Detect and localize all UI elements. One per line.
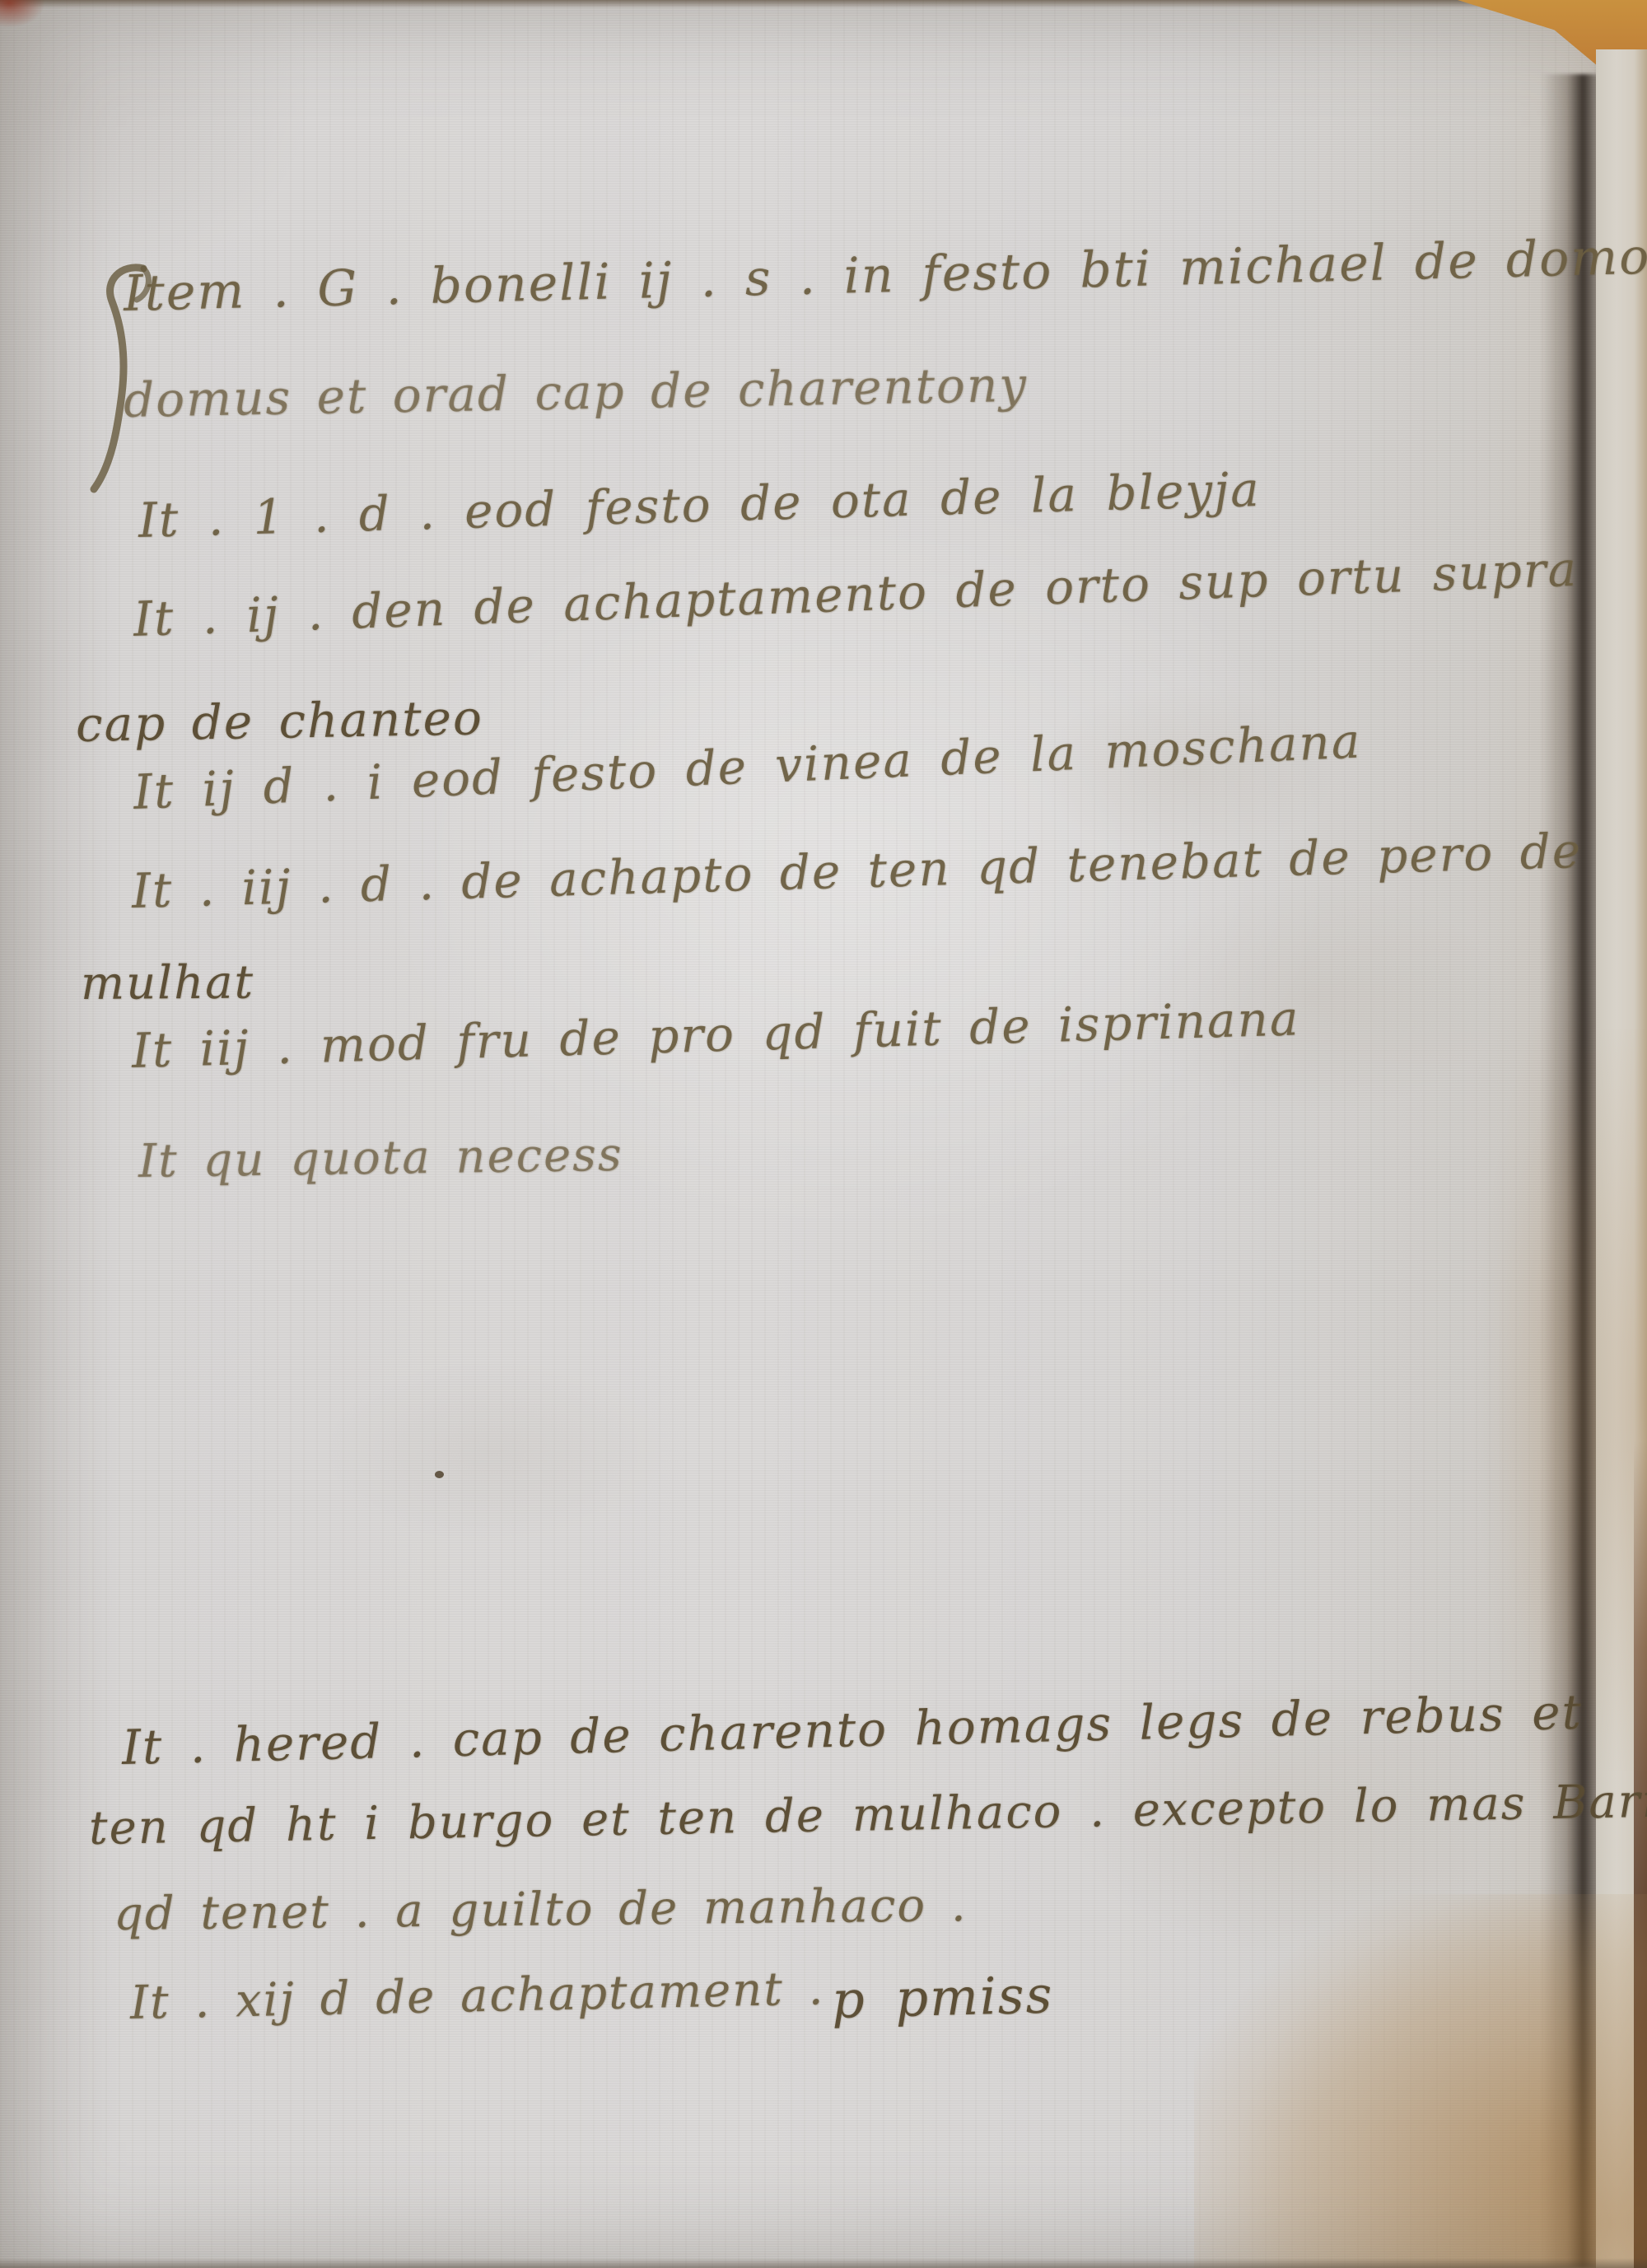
manuscript-line-1: Item . G . bonelli ij . s . in festo bti… <box>123 225 1647 323</box>
manuscript-page: Item . G . bonelli ij . s . in festo bti… <box>0 0 1647 2268</box>
manuscript-line-7: It . iij . d . de achapto de ten qd tene… <box>131 823 1583 919</box>
top-edge-shadow <box>0 0 1647 8</box>
right-edge-stain <box>1499 1029 1647 1771</box>
manuscript-line-11: It . hered . cap de charento homags legs… <box>121 1684 1583 1776</box>
page-gutter-shadow <box>1542 74 1599 2268</box>
manuscript-line-2: domus et orad cap de charentony <box>123 357 1028 428</box>
manuscript-line-5: cap de chanteo <box>75 689 483 753</box>
book-cover-edge <box>1634 1441 1647 2268</box>
manuscript-line-9: It iij . mod fru de pro qd fuit de ispri… <box>131 990 1300 1079</box>
manuscript-line-15: p pmiss <box>831 1964 1054 2030</box>
next-page-edge <box>1596 49 1647 2268</box>
top-left-corner-mark <box>0 0 45 28</box>
binding-corner <box>1441 0 1647 107</box>
bottom-right-stain <box>1194 1894 1647 2268</box>
bottom-edge-shadow <box>0 2258 1647 2268</box>
manuscript-line-12: ten qd ht i burgo et ten de mulhaco . ex… <box>88 1774 1647 1855</box>
manuscript-line-4: It . ij . den de achaptamento de orto su… <box>133 541 1579 647</box>
ink-dot-mark <box>435 1471 444 1478</box>
manuscript-line-13: qd tenet . a guilto de manhaco . <box>114 1878 968 1941</box>
manuscript-line-10: It qu quota necess <box>138 1128 624 1188</box>
manuscript-line-14: It . xij d de achaptament . <box>129 1962 825 2030</box>
manuscript-line-8: mulhat <box>81 956 254 1010</box>
manuscript-line-3: It . 1 . d . eod festo de ota de la bley… <box>138 461 1261 548</box>
